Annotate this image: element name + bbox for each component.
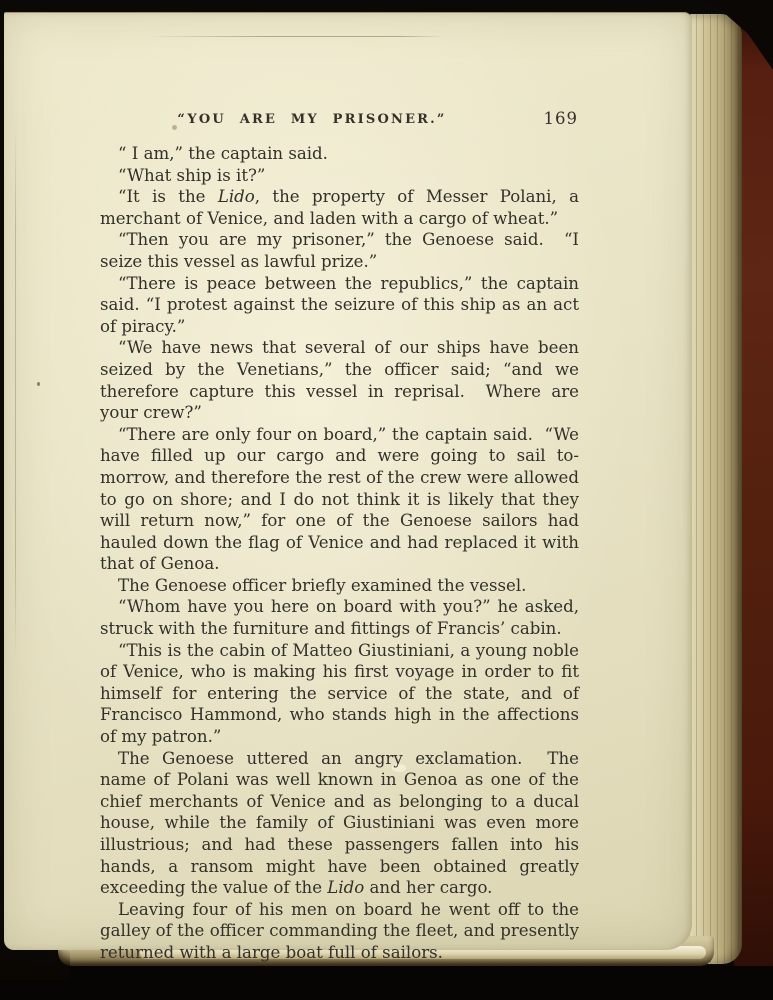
underlying-page-edge <box>144 36 444 37</box>
page-crease <box>15 122 16 662</box>
book-photo: “YOU ARE MY PRISONER.” 169 “ I am,” the … <box>0 0 773 1000</box>
book-page: “YOU ARE MY PRISONER.” 169 “ I am,” the … <box>4 12 692 950</box>
page-text: “ I am,” the captain said.“What ship is … <box>100 143 579 964</box>
paragraph: Leaving four of his men on board he went… <box>100 899 579 964</box>
paragraph: “What ship is it?” <box>100 165 579 187</box>
page-number: 169 <box>544 109 579 128</box>
paragraph: “There are only four on board,” the capt… <box>100 424 579 575</box>
paragraph: “There is peace between the republics,” … <box>100 273 579 338</box>
background-bottom <box>0 966 773 1000</box>
running-head: “YOU ARE MY PRISONER.” 169 <box>100 109 578 133</box>
paragraph: The Genoese uttered an angry exclamation… <box>100 748 579 899</box>
paragraph: “Whom have you here on board with you?” … <box>100 596 579 639</box>
paragraph: “It is the Lido, the property of Messer … <box>100 186 579 229</box>
paragraph: “Then you are my prisoner,” the Genoese … <box>100 229 579 272</box>
paragraph: “We have news that several of our ships … <box>100 337 579 423</box>
paragraph: “ I am,” the captain said. <box>100 143 579 165</box>
paragraph: “This is the cabin of Matteo Giustiniani… <box>100 640 579 748</box>
paragraph: The Genoese officer briefly examined the… <box>100 575 579 597</box>
paper-speck <box>37 382 40 386</box>
running-title: “YOU ARE MY PRISONER.” <box>100 112 524 127</box>
